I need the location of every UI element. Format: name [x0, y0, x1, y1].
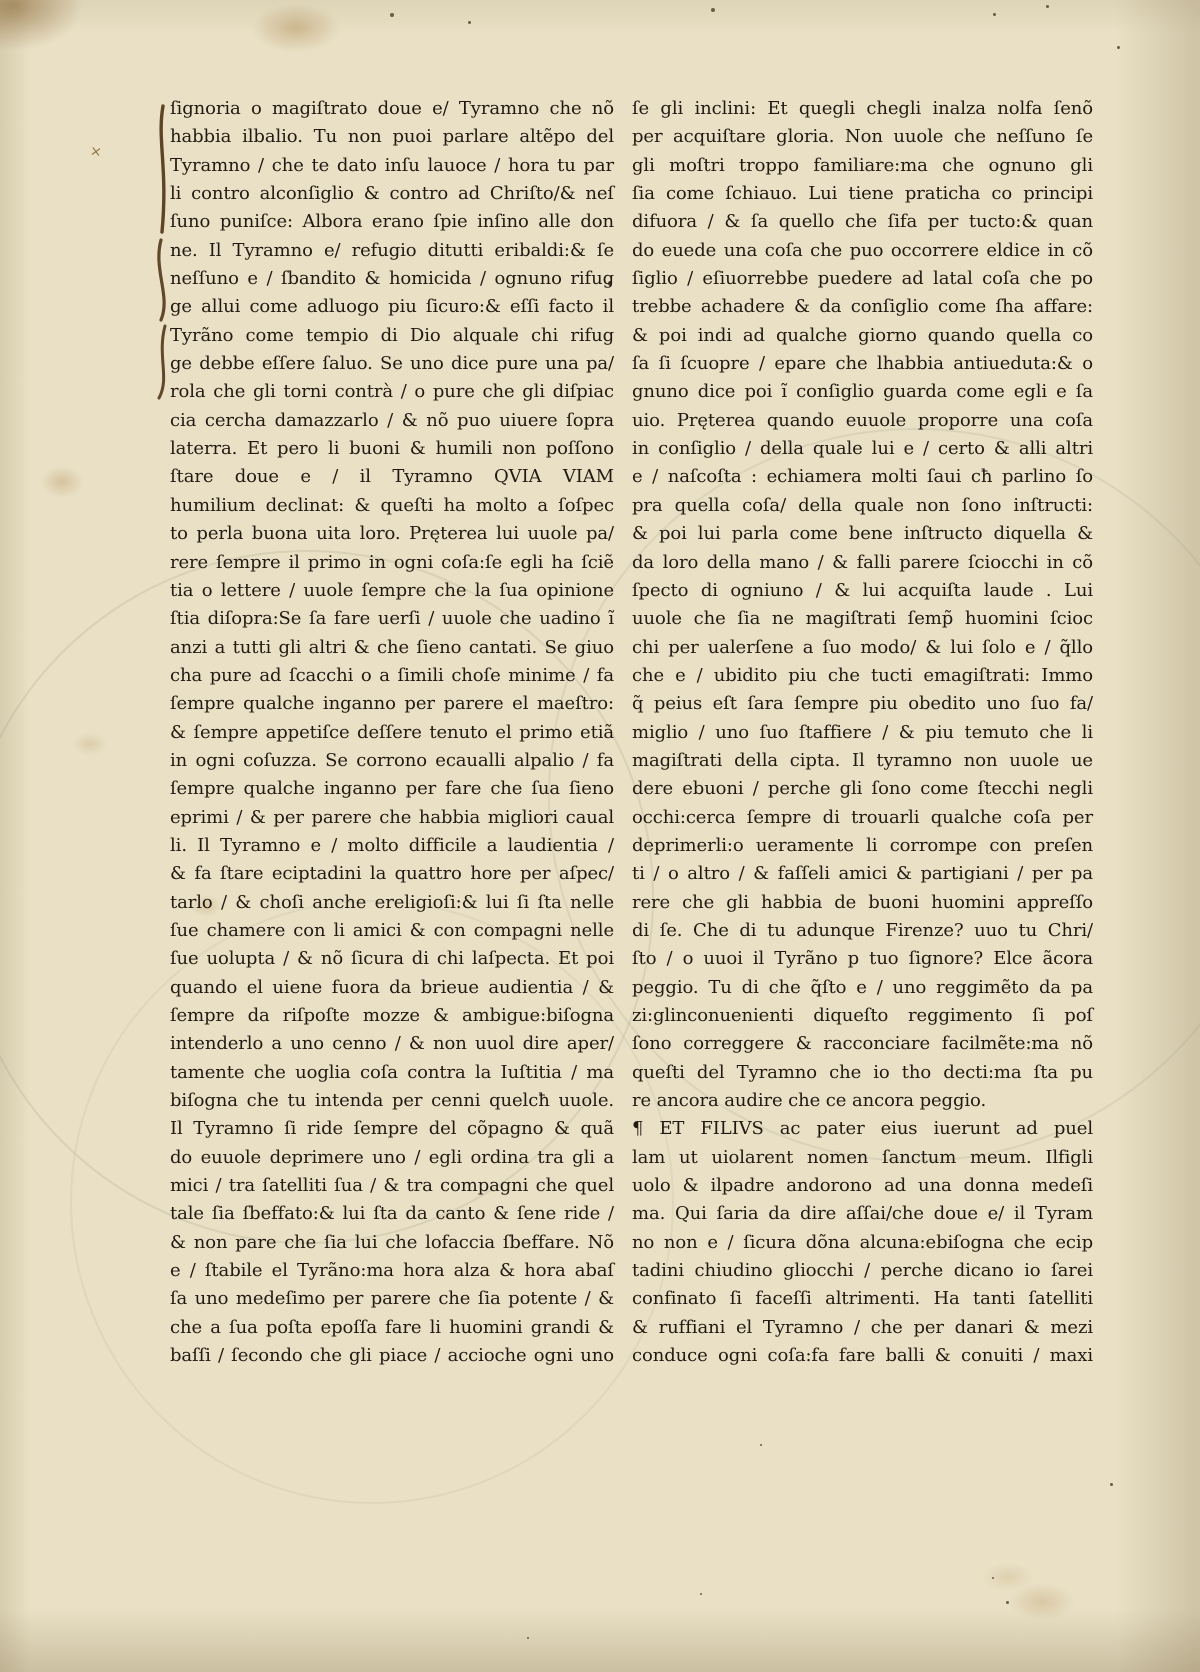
text-line: neſſuno e / ſbandito & homicida / ognuno…: [170, 265, 614, 293]
text-line: & ruffiani el Tyramno / che per danari &…: [632, 1314, 1093, 1342]
paper-speck: [760, 1444, 762, 1446]
text-line: & poi lui parla come bene inſtructo diqu…: [632, 520, 1093, 548]
text-line: q̃ peius eſt ſara ſempre piu obedito uno…: [632, 690, 1093, 718]
text-line: e / naſcoſta : echiamera molti ſaui cħ p…: [632, 463, 1093, 491]
text-line: uio. Pręterea quando euuole proporre una…: [632, 407, 1093, 435]
text-line: queſti del Tyramno che io tho decti:ma ſ…: [632, 1059, 1093, 1087]
text-line: ſa ſi ſcuopre / epare che lhabbia antiue…: [632, 350, 1093, 378]
text-line: & fa ſtare eciptadini la quattro hore pe…: [170, 860, 614, 888]
text-line: ge allui come adluogo piu ſicuro:& eſſi …: [170, 293, 614, 321]
text-line: ſono correggere & racconciare facilmẽte:…: [632, 1030, 1093, 1058]
text-line: pra quella coſa/ della quale non ſono in…: [632, 492, 1093, 520]
paper-speck: [1117, 46, 1120, 49]
paper-speck: [711, 8, 715, 12]
text-line: tadini chiudino gliocchi / perche dicano…: [632, 1257, 1093, 1285]
text-line: ſempre qualche inganno per fare che ſua …: [170, 775, 614, 803]
text-line: uuole che ſia ne magiſtrati ſemp̃ huomin…: [632, 605, 1093, 633]
text-line: occhi:cerca ſempre di trouarli qualche c…: [632, 804, 1093, 832]
text-line: to perla buona uita loro. Pręterea lui u…: [170, 520, 614, 548]
paper-speck: [1046, 5, 1049, 8]
text-line: ge debbe eſſere ſaluo. Se uno dice pure …: [170, 350, 614, 378]
text-line: in conſiglio / della quale lui e / certo…: [632, 435, 1093, 463]
text-line: ¶ ET FILIVS ac pater eius iuerunt ad pue…: [632, 1115, 1093, 1143]
text-line: li contro alconſiglio & contro ad Chriſt…: [170, 180, 614, 208]
text-line: dere ebuoni / perche gli ſono come ſtecc…: [632, 775, 1093, 803]
text-line: humilium declinat: & queſti ha molto a ſ…: [170, 492, 614, 520]
text-line: Tyramno / che te dato inſu lauoce / hora…: [170, 152, 614, 180]
text-line: no non e / ſicura dõna alcuna:ebiſogna c…: [632, 1229, 1093, 1257]
text-line: rere che gli habbia de buoni huomini app…: [632, 889, 1093, 917]
paper-speck: [390, 13, 394, 17]
text-line: uolo & ilpadre andorono ad una donna med…: [632, 1172, 1093, 1200]
text-line: e / ſtabile el Tyrãno:ma hora alza & hor…: [170, 1257, 614, 1285]
text-line: ſpecto di ogniuno / & lui acquiſta laude…: [632, 577, 1093, 605]
text-line: Il Tyramno ſi ride ſempre del cõpagno & …: [170, 1115, 614, 1143]
text-line: ſa uno medeſimo per parere che ſia poten…: [170, 1285, 614, 1313]
text-line: peggio. Tu di che q̃ſto e / uno reggimẽt…: [632, 974, 1093, 1002]
text-line: ſia come ſchiauo. Lui tiene praticha co …: [632, 180, 1093, 208]
text-line: rere ſempre il primo in ogni coſa:ſe egl…: [170, 549, 614, 577]
text-line: intenderlo a uno cenno / & non uuol dire…: [170, 1030, 614, 1058]
text-line: chi per ualerſene a ſuo modo/ & lui ſolo…: [632, 634, 1093, 662]
text-line: in ogni coſuzza. Se corrono ecaualli alp…: [170, 747, 614, 775]
text-line: lam ut uiolarent nomen ſanctum meum. Ilf…: [632, 1144, 1093, 1172]
text-line: Tyrãno come tempio di Dio alquale chi ri…: [170, 322, 614, 350]
text-column-left: ſignoria o magiſtrato doue e/ Tyramno ch…: [170, 95, 614, 1370]
marginalia-x-mark: ×: [89, 143, 103, 160]
text-line: di ſe. Che di tu adunque Firenze? uuo tu…: [632, 917, 1093, 945]
paper-speck: [1110, 1483, 1113, 1486]
text-line: ſto / o uuoi il Tyrãno p tuo ſignore? El…: [632, 945, 1093, 973]
text-line: ſempre da riſpoſte mozze & ambigue:biſog…: [170, 1002, 614, 1030]
text-line: trebbe achadere & da conſiglio come ſha …: [632, 293, 1093, 321]
text-line: gli moſtri troppo familiare:ma che ognun…: [632, 152, 1093, 180]
text-line: zi:glinconuenienti diqueſto reggimento ſ…: [632, 1002, 1093, 1030]
text-line: ſignoria o magiſtrato doue e/ Tyramno ch…: [170, 95, 614, 123]
book-page-scan: { "page": { "kind": "incunabulum-page", …: [0, 0, 1200, 1672]
text-line: magiſtrati della cipta. Il tyramno non u…: [632, 747, 1093, 775]
text-line: mici / tra ſatelliti ſua / & tra compagn…: [170, 1172, 614, 1200]
text-line: do euede una coſa che puo occorrere eldi…: [632, 237, 1093, 265]
text-line: anzi a tutti gli altri & che ſieno canta…: [170, 634, 614, 662]
paper-speck: [700, 1593, 702, 1595]
text-line: ſue uolupta / & nõ ſicura di chi laſpect…: [170, 945, 614, 973]
paper-speck: [992, 1577, 994, 1579]
text-line: re ancora audire che ce ancora peggio.: [632, 1087, 1093, 1115]
text-line: eprimi / & per parere che habbia miglior…: [170, 804, 614, 832]
text-line: deprimerli:o ueramente li corrompe con p…: [632, 832, 1093, 860]
text-line: habbia ilbalio. Tu non puoi parlare altẽ…: [170, 123, 614, 151]
text-line: biſogna che tu intenda per cenni quelcħ …: [170, 1087, 614, 1115]
text-line: cia cercha damazzarlo / & nõ puo uiuere …: [170, 407, 614, 435]
text-line: per acquiſtare gloria. Non uuole che neſ…: [632, 123, 1093, 151]
text-line: gnuno dice poi ĩ conſiglio guarda come e…: [632, 378, 1093, 406]
text-column-right: ſe gli inclini: Et quegli chegli inalza …: [632, 95, 1093, 1370]
text-line: da loro della mano / & falli parere ſcio…: [632, 549, 1093, 577]
text-line: tarlo / & choſi anche ereligioſi:& lui ſ…: [170, 889, 614, 917]
text-line: ſtare doue e / il Tyramno QVIA VIAM: [170, 463, 614, 491]
text-line: do euuole deprimere uno / egli ordina tr…: [170, 1144, 614, 1172]
text-line: baſſi / ſecondo che gli piace / accioche…: [170, 1342, 614, 1370]
text-line: cha pure ad ſcacchi o a ſimili choſe min…: [170, 662, 614, 690]
text-line: laterra. Et pero li buoni & humili non p…: [170, 435, 614, 463]
text-line: tia o lettere / uuole ſempre che la ſua …: [170, 577, 614, 605]
paper-speck: [468, 21, 471, 24]
text-line: confinato ſi faceſſi altrimenti. Ha tant…: [632, 1285, 1093, 1313]
text-line: li. Il Tyramno e / molto difficile a lau…: [170, 832, 614, 860]
text-line: ſe gli inclini: Et quegli chegli inalza …: [632, 95, 1093, 123]
text-line: che e / ubidito piu che tucti emagiſtrat…: [632, 662, 1093, 690]
text-line: tamente che uoglia coſa contra la Iuſtit…: [170, 1059, 614, 1087]
text-line: & poi indi ad qualche giorno quando quel…: [632, 322, 1093, 350]
paper-speck: [1006, 1601, 1009, 1604]
text-line: ma. Qui ſaria da dire aſſai/che doue e/ …: [632, 1200, 1093, 1228]
text-line: ti / o altro / & faſſeli amici & partigi…: [632, 860, 1093, 888]
paper-speck: [993, 13, 996, 16]
text-line: & ſempre appetiſce deſſere tenuto el pri…: [170, 719, 614, 747]
text-line: difuora / & ſa quello che ſifa per tucto…: [632, 208, 1093, 236]
text-line: miglio / uno ſuo ſtaffiere / & piu temut…: [632, 719, 1093, 747]
text-line: tale ſia ſbeffato:& lui ſta da canto & ſ…: [170, 1200, 614, 1228]
text-line: ſtia diſopra:Se ſa fare uerſi / uuole ch…: [170, 605, 614, 633]
text-line: quando el uiene fuora da brieue audienti…: [170, 974, 614, 1002]
text-line: & non pare che ſia lui che lofaccia ſbef…: [170, 1229, 614, 1257]
text-line: che a ſua poſta epoſſa fare li huomini g…: [170, 1314, 614, 1342]
text-line: rola che gli torni contrà / o pure che g…: [170, 378, 614, 406]
text-line: ſiglio / eſiuorrebbe puedere ad latal co…: [632, 265, 1093, 293]
text-line: ne. Il Tyramno e/ refugio ditutti eribal…: [170, 237, 614, 265]
text-line: ſuno puniſce: Albora erano ſpie inſino a…: [170, 208, 614, 236]
text-line: ſempre qualche inganno per parere el mae…: [170, 690, 614, 718]
text-line: conduce ogni coſa:fa fare balli & conuit…: [632, 1342, 1093, 1370]
text-line: ſue chamere con li amici & con compagni …: [170, 917, 614, 945]
paper-speck: [527, 1637, 529, 1639]
